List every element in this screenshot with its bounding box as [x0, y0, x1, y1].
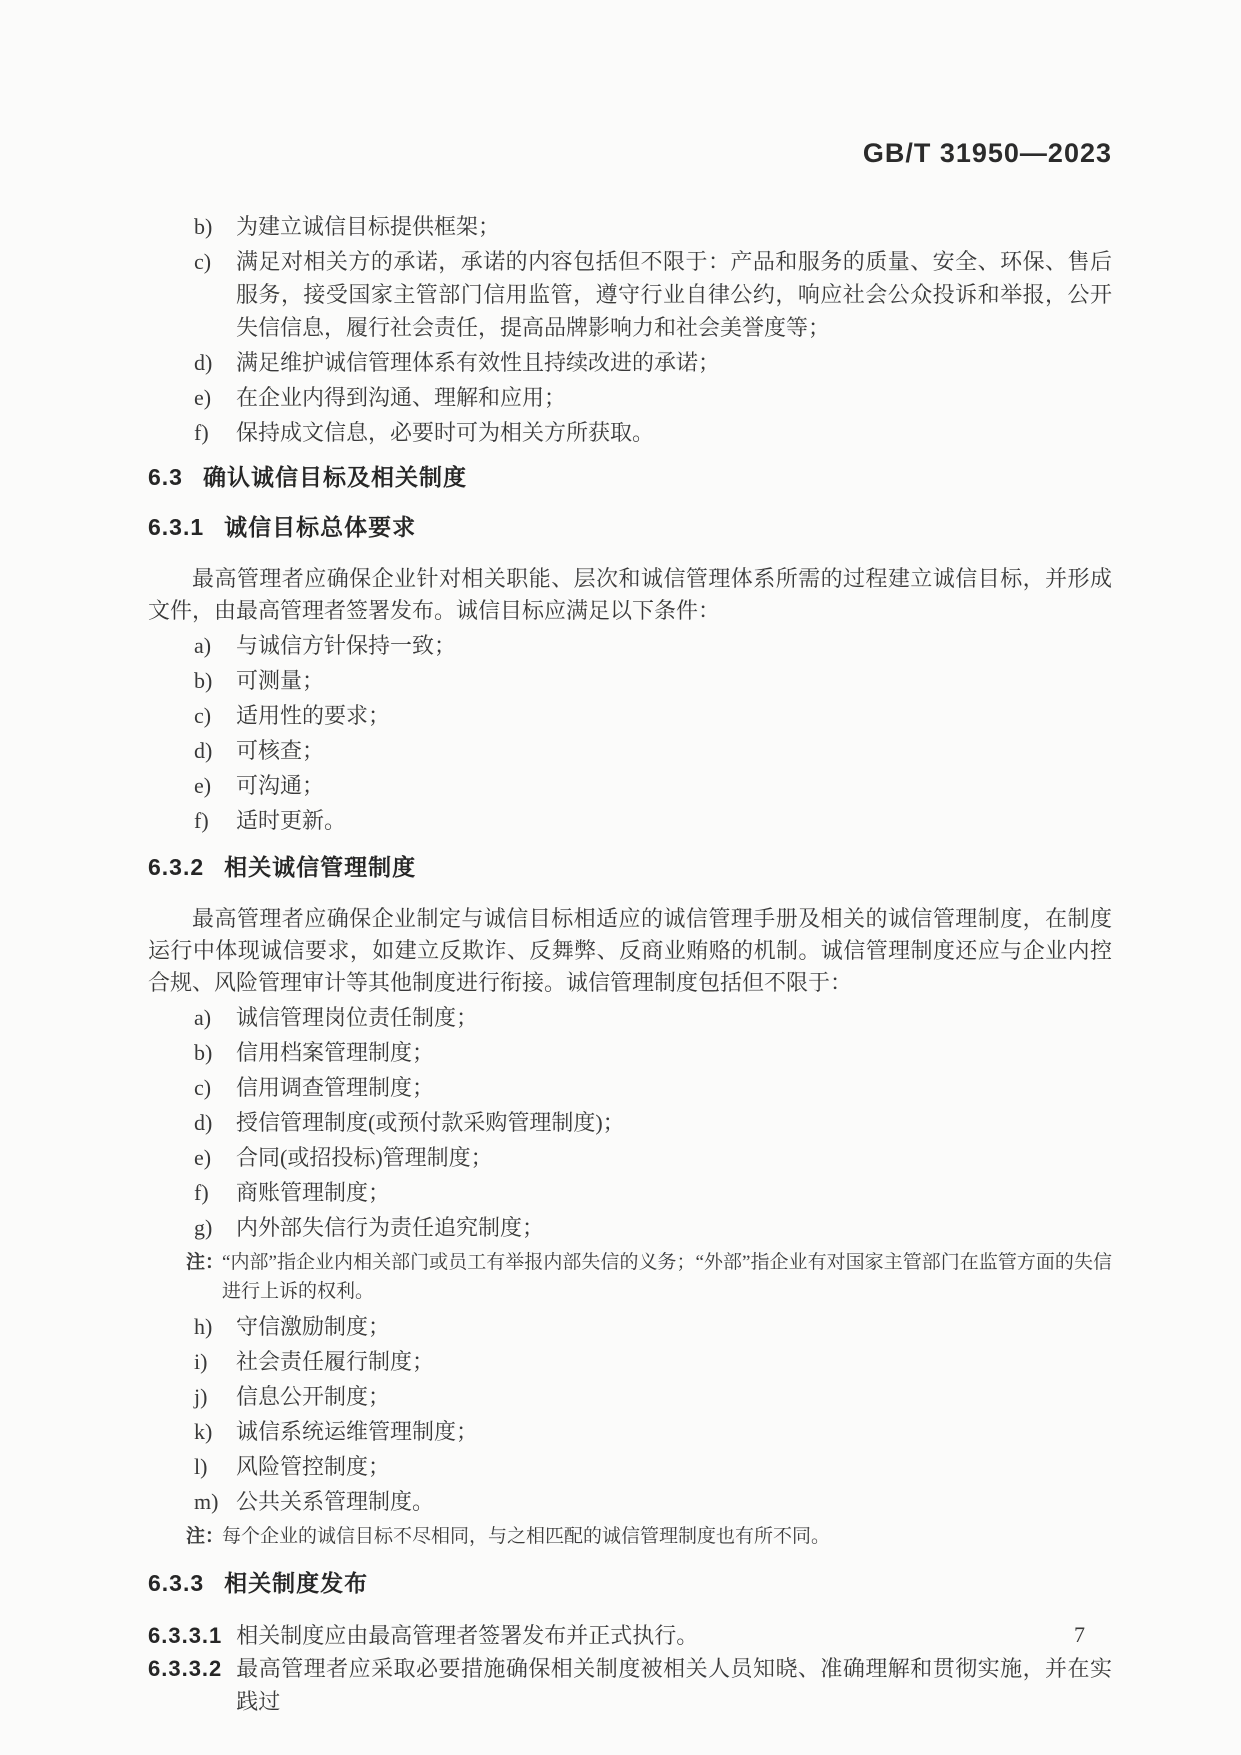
list-item-label: d)	[194, 1106, 236, 1139]
page-number: 7	[1074, 1622, 1085, 1648]
list-item: i) 社会责任履行制度；	[148, 1345, 1112, 1378]
clause-6-3-3-2: 6.3.3.2 最高管理者应采取必要措施确保相关制度被相关人员知晓、准确理解和贯…	[148, 1652, 1112, 1718]
list-item-text: 公共关系管理制度。	[236, 1485, 1112, 1518]
list-item-label: d)	[194, 346, 236, 379]
list-item-label: c)	[194, 699, 236, 732]
list-item-text: 可测量；	[236, 664, 1112, 697]
list-item-label: g)	[194, 1211, 236, 1244]
list-item: c) 信用调查管理制度；	[148, 1071, 1112, 1104]
list-item-text: 信用档案管理制度；	[236, 1036, 1112, 1069]
list-item: e) 合同(或招投标)管理制度；	[148, 1141, 1112, 1174]
list-item: e) 在企业内得到沟通、理解和应用；	[148, 381, 1112, 414]
list-item: f) 保持成文信息，必要时可为相关方所获取。	[148, 416, 1112, 449]
list-item-label: l)	[194, 1450, 236, 1483]
section-title: 相关制度发布	[224, 1569, 368, 1597]
list-item-text: 内外部失信行为责任追究制度；	[236, 1211, 1112, 1244]
list-item: b) 信用档案管理制度；	[148, 1036, 1112, 1069]
list-item-text: 可核查；	[236, 734, 1112, 767]
list-6-3-2-a-g: a) 诚信管理岗位责任制度； b) 信用档案管理制度； c) 信用调查管理制度；…	[148, 1001, 1112, 1244]
note-objectives-differ: 注： 每个企业的诚信目标不尽相同，与之相匹配的诚信管理制度也有所不同。	[148, 1522, 1112, 1551]
page-header: GB/T 31950—2023	[148, 138, 1112, 168]
list-item: d) 可核查；	[148, 734, 1112, 767]
list-item-text: 为建立诚信目标提供框架；	[236, 210, 1112, 243]
list-item-label: c)	[194, 245, 236, 344]
list-item-label: a)	[194, 1001, 236, 1034]
list-item-text: 授信管理制度(或预付款采购管理制度)；	[236, 1106, 1112, 1139]
list-item-text: 守信激励制度；	[236, 1310, 1112, 1343]
list-item: f) 适时更新。	[148, 804, 1112, 837]
list-item-text: 适用性的要求；	[236, 699, 1112, 732]
list-item-label: b)	[194, 664, 236, 697]
section-title: 相关诚信管理制度	[224, 853, 416, 881]
clause-text: 相关制度应由最高管理者签署发布并正式执行。	[236, 1619, 1112, 1652]
list-item-label: c)	[194, 1071, 236, 1104]
clause-number: 6.3.3.2	[148, 1652, 222, 1718]
list-item-text: 合同(或招投标)管理制度；	[236, 1141, 1112, 1174]
list-item-label: m)	[194, 1485, 236, 1518]
list-item-label: d)	[194, 734, 236, 767]
list-item-label: a)	[194, 629, 236, 662]
note-label: 注：	[186, 1248, 222, 1306]
list-item: a) 与诚信方针保持一致；	[148, 629, 1112, 662]
list-item: c) 适用性的要求；	[148, 699, 1112, 732]
paragraph-6-3-2: 最高管理者应确保企业制定与诚信目标相适应的诚信管理手册及相关的诚信管理制度，在制…	[148, 903, 1112, 999]
document-page: GB/T 31950—2023 b) 为建立诚信目标提供框架； c) 满足对相关…	[0, 0, 1241, 1755]
list-item-label: k)	[194, 1415, 236, 1448]
section-number: 6.3	[148, 463, 183, 491]
list-item: c) 满足对相关方的承诺，承诺的内容包括但不限于：产品和服务的质量、安全、环保、…	[148, 245, 1112, 344]
list-item-text: 保持成文信息，必要时可为相关方所获取。	[236, 416, 1112, 449]
note-internal-external: 注： “内部”指企业内相关部门或员工有举报内部失信的义务；“外部”指企业有对国家…	[148, 1248, 1112, 1306]
list-item-text: 风险管控制度；	[236, 1450, 1112, 1483]
list-item-text: 可沟通；	[236, 769, 1112, 802]
list-item-text: 满足对相关方的承诺，承诺的内容包括但不限于：产品和服务的质量、安全、环保、售后服…	[236, 245, 1112, 344]
section-heading-6-3-3: 6.3.3 相关制度发布	[148, 1569, 1112, 1597]
note-label: 注：	[186, 1522, 222, 1551]
list-item: f) 商账管理制度；	[148, 1176, 1112, 1209]
list-item-text: 商账管理制度；	[236, 1176, 1112, 1209]
list-item-label: f)	[194, 1176, 236, 1209]
section-number: 6.3.2	[148, 853, 204, 881]
list-item-text: 诚信管理岗位责任制度；	[236, 1001, 1112, 1034]
list-item-text: 满足维护诚信管理体系有效性且持续改进的承诺；	[236, 346, 1112, 379]
list-item-label: i)	[194, 1345, 236, 1378]
list-item-label: e)	[194, 381, 236, 414]
intro-list: b) 为建立诚信目标提供框架； c) 满足对相关方的承诺，承诺的内容包括但不限于…	[148, 210, 1112, 449]
list-item: j) 信息公开制度；	[148, 1380, 1112, 1413]
list-6-3-2-h-m: h) 守信激励制度； i) 社会责任履行制度； j) 信息公开制度； k) 诚信…	[148, 1310, 1112, 1518]
list-item-label: b)	[194, 1036, 236, 1069]
list-item: b) 为建立诚信目标提供框架；	[148, 210, 1112, 243]
list-item: g) 内外部失信行为责任追究制度；	[148, 1211, 1112, 1244]
list-item-text: 与诚信方针保持一致；	[236, 629, 1112, 662]
section-title: 诚信目标总体要求	[224, 513, 416, 541]
list-item: d) 授信管理制度(或预付款采购管理制度)；	[148, 1106, 1112, 1139]
list-6-3-1: a) 与诚信方针保持一致； b) 可测量； c) 适用性的要求； d) 可核查；…	[148, 629, 1112, 837]
list-item-text: 诚信系统运维管理制度；	[236, 1415, 1112, 1448]
section-heading-6-3: 6.3 确认诚信目标及相关制度	[148, 463, 1112, 491]
list-item-label: b)	[194, 210, 236, 243]
section-heading-6-3-2: 6.3.2 相关诚信管理制度	[148, 853, 1112, 881]
list-item: e) 可沟通；	[148, 769, 1112, 802]
list-item: a) 诚信管理岗位责任制度；	[148, 1001, 1112, 1034]
list-item-label: h)	[194, 1310, 236, 1343]
list-item: l) 风险管控制度；	[148, 1450, 1112, 1483]
list-item: k) 诚信系统运维管理制度；	[148, 1415, 1112, 1448]
list-item-text: 适时更新。	[236, 804, 1112, 837]
list-item: m) 公共关系管理制度。	[148, 1485, 1112, 1518]
section-heading-6-3-1: 6.3.1 诚信目标总体要求	[148, 513, 1112, 541]
list-item-text: 信用调查管理制度；	[236, 1071, 1112, 1104]
list-item-text: 在企业内得到沟通、理解和应用；	[236, 381, 1112, 414]
clause-6-3-3-1: 6.3.3.1 相关制度应由最高管理者签署发布并正式执行。	[148, 1619, 1112, 1652]
note-text: “内部”指企业内相关部门或员工有举报内部失信的义务；“外部”指企业有对国家主管部…	[222, 1248, 1112, 1306]
note-text: 每个企业的诚信目标不尽相同，与之相匹配的诚信管理制度也有所不同。	[222, 1522, 1112, 1551]
list-item-text: 社会责任履行制度；	[236, 1345, 1112, 1378]
clause-number: 6.3.3.1	[148, 1619, 222, 1652]
list-item: b) 可测量；	[148, 664, 1112, 697]
list-item: h) 守信激励制度；	[148, 1310, 1112, 1343]
section-number: 6.3.3	[148, 1569, 204, 1597]
list-item-label: f)	[194, 804, 236, 837]
list-item: d) 满足维护诚信管理体系有效性且持续改进的承诺；	[148, 346, 1112, 379]
paragraph-6-3-1: 最高管理者应确保企业针对相关职能、层次和诚信管理体系所需的过程建立诚信目标，并形…	[148, 563, 1112, 627]
list-item-label: f)	[194, 416, 236, 449]
clause-text: 最高管理者应采取必要措施确保相关制度被相关人员知晓、准确理解和贯彻实施，并在实践…	[236, 1652, 1112, 1718]
page-content: GB/T 31950—2023 b) 为建立诚信目标提供框架； c) 满足对相关…	[148, 138, 1112, 1718]
list-item-text: 信息公开制度；	[236, 1380, 1112, 1413]
section-title: 确认诚信目标及相关制度	[203, 463, 467, 491]
list-item-label: e)	[194, 769, 236, 802]
standard-code: GB/T 31950—2023	[863, 138, 1112, 168]
section-number: 6.3.1	[148, 513, 204, 541]
list-item-label: e)	[194, 1141, 236, 1174]
list-item-label: j)	[194, 1380, 236, 1413]
